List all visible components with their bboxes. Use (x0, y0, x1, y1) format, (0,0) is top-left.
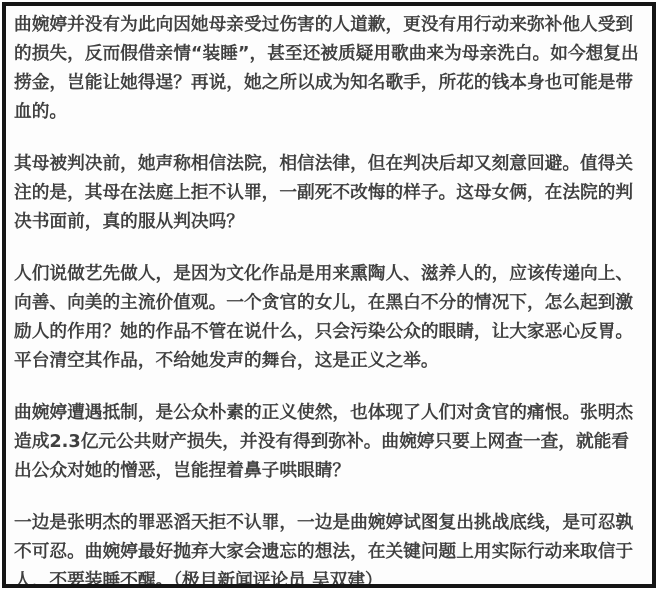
article-paragraph: 曲婉婷遭遇抵制，是公众朴素的正义使然，也体现了人们对贪官的痛恨。张明杰造成2.3… (14, 399, 644, 486)
article-paragraph: 曲婉婷并没有为此向因她母亲受过伤害的人道歉，更没有用行动来弥补他人受到的损失，反… (14, 11, 644, 127)
article-paragraph: 人们说做艺先做人，是因为文化作品是用来熏陶人、滋养人的，应该传递向上、向善、向美… (14, 260, 644, 376)
article-frame: 曲婉婷并没有为此向因她母亲受过伤害的人道歉，更没有用行动来弥补他人受到的损失，反… (2, 2, 656, 588)
article-paragraph: 一边是张明杰的罪恶滔天拒不认罪，一边是曲婉婷试图复出挑战底线，是可忍孰不可忍。曲… (14, 509, 644, 588)
article-screenshot: 曲婉婷并没有为此向因她母亲受过伤害的人道歉，更没有用行动来弥补他人受到的损失，反… (0, 0, 660, 592)
article-paragraph: 其母被判决前，她声称相信法院，相信法律，但在判决后却又刻意回避。值得关注的是，其… (14, 150, 644, 237)
article-body: 曲婉婷并没有为此向因她母亲受过伤害的人道歉，更没有用行动来弥补他人受到的损失，反… (14, 11, 644, 588)
